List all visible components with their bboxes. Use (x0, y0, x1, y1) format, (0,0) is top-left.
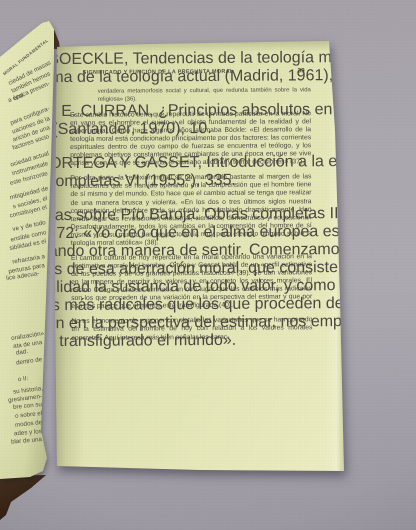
footnote-title: Tendencias de la teología moral: (132, 49, 362, 68)
block-quote: verdadera metamorfosis social y cultural… (98, 87, 311, 103)
left-page-fragment: dad. (16, 349, 29, 357)
footnote: (36) Gaudium et Spes, n. 4. (0, 15, 414, 36)
left-page-fragment: oral. (13, 92, 26, 102)
body-text: Este cambio histórico tiene que repercut… (70, 103, 313, 349)
left-page-fragment: o II: (17, 376, 28, 383)
body-paragraph: Por otra parte, la reflexión moral se ha… (70, 174, 312, 249)
left-page: MORAL FUNDAMENTAL ciedad de masas tambié… (0, 20, 58, 482)
page-number: 39 (298, 67, 305, 74)
footnote-number: (36) (0, 17, 31, 34)
body-paragraph: No es el momento de exponer con detalle … (71, 317, 312, 343)
body-paragraph: Este cambio histórico tiene que repercut… (70, 110, 311, 168)
right-page: SIGNIFICADO Y FUNCIÓN DE LA PREGUNTA MOR… (0, 0, 416, 530)
footnote-separator (0, 0, 414, 1)
body-paragraph: El cambio cultural de hoy repercute en l… (71, 253, 312, 311)
left-page-fragment: blar de una (11, 437, 42, 446)
page-text: SIGNIFICADO Y FUNCIÓN DE LA PREGUNTA MOR… (0, 0, 416, 530)
left-page-fragment: dentro de (16, 357, 43, 367)
footnote-text: , n. 4. (155, 16, 195, 33)
book-photo: MORAL FUNDAMENTAL ciedad de masas tambié… (0, 0, 416, 530)
running-head: SIGNIFICADO Y FUNCIÓN DE LA PREGUNTA MOR… (83, 69, 234, 76)
